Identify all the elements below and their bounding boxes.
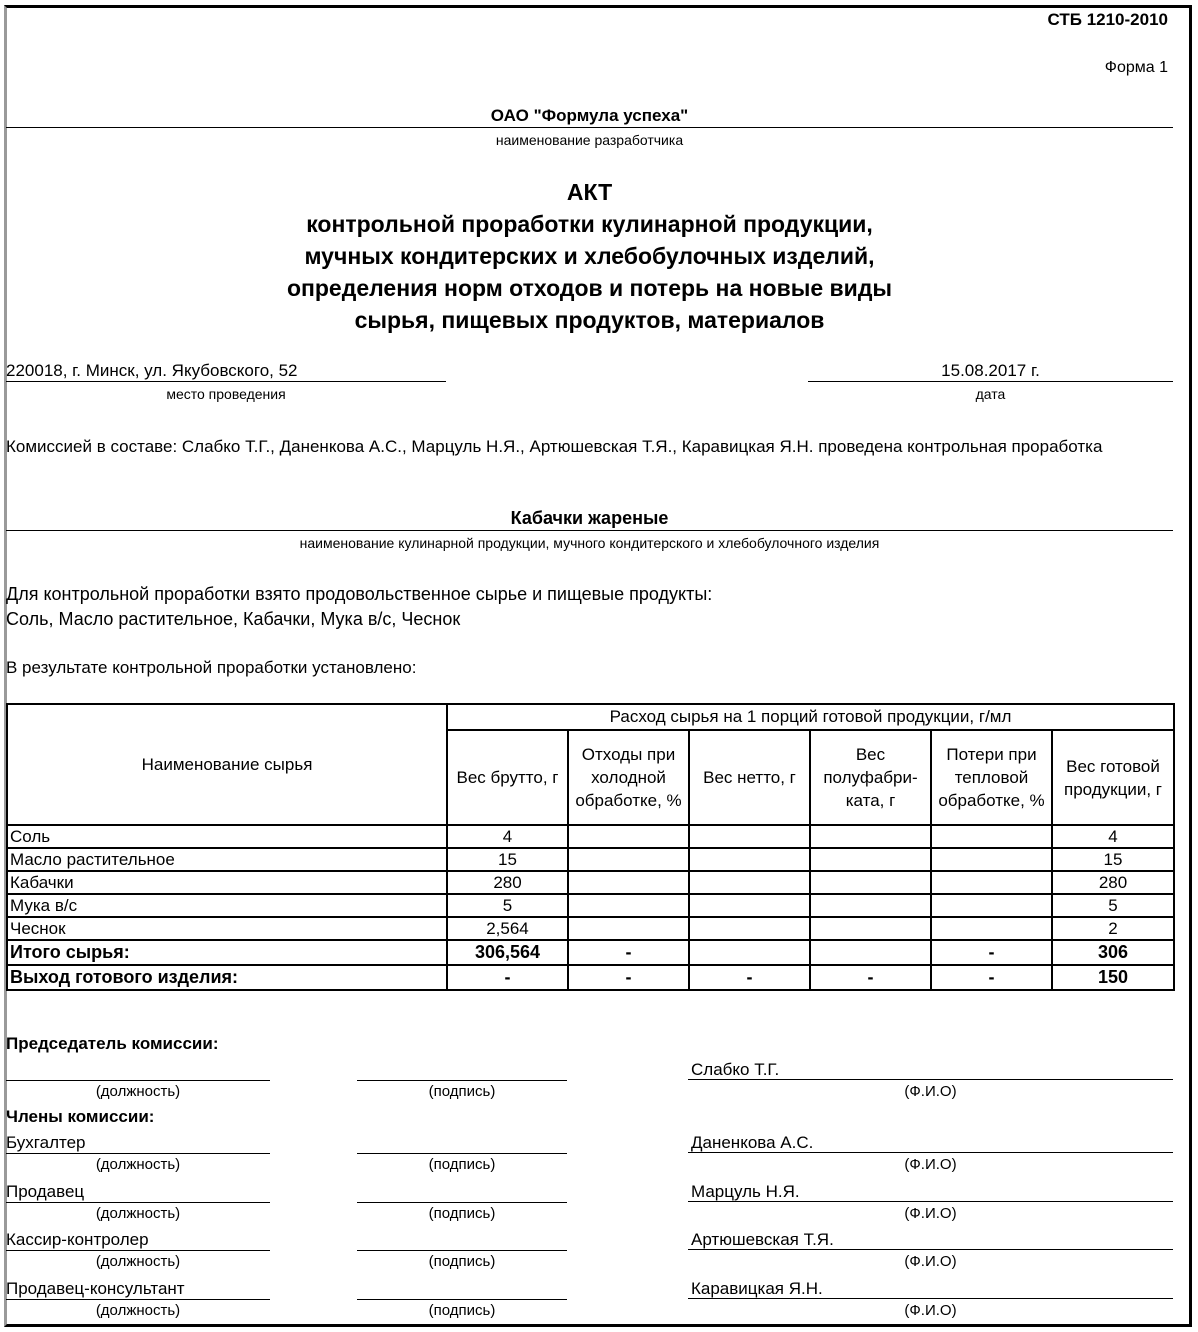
position-field: Продавец [6,1182,270,1203]
table-row: Выход готового изделия:-----150 [7,965,1174,990]
table-cell [689,917,810,940]
document-title: АКТ контрольной проработки кулинарной пр… [6,176,1173,336]
position-caption: (должность) [6,1083,270,1100]
header-net: Вес нетто, г [689,730,810,825]
fio-field: Каравицкая Я.Н. [688,1279,1173,1299]
ingredient-name: Мука в/с [7,894,447,917]
fio-caption: (Ф.И.О) [688,1083,1173,1100]
table-cell [689,848,810,871]
ingredients-intro: Для контрольной проработки взято продово… [6,584,712,605]
table-cell: 5 [447,894,568,917]
place-value: 220018, г. Минск, ул. Якубовского, 52 [6,361,446,382]
header-group: Расход сырья на 1 порций готовой продукц… [447,704,1174,730]
position-field: Кассир-контролер [6,1230,270,1251]
table-cell [810,917,931,940]
date-value: 15.08.2017 г. [808,361,1173,382]
header-ingredient-name: Наименование сырья [7,704,447,825]
signature-field [357,1060,567,1081]
table-cell: - [810,965,931,990]
table-row: Мука в/с55 [7,894,1174,917]
signature-caption: (подпись) [357,1205,567,1222]
title-line: контрольной проработки кулинарной продук… [6,208,1173,240]
fio-field: Артюшевская Т.Я. [688,1230,1173,1250]
ingredient-name: Кабачки [7,871,447,894]
place-caption: место проведения [6,386,446,402]
signature-field [357,1279,567,1300]
table-cell [568,894,689,917]
signature-field [357,1182,567,1203]
table-cell [689,871,810,894]
table-cell: 280 [447,871,568,894]
fio-caption: (Ф.И.О) [688,1302,1173,1319]
ingredient-name: Чеснок [7,917,447,940]
header-semi: Вес полуфабри-ката, г [810,730,931,825]
table-cell [810,940,931,965]
table-row: Чеснок2,5642 [7,917,1174,940]
ingredients-table: Наименование сырья Расход сырья на 1 пор… [6,703,1175,991]
table-row: Кабачки280280 [7,871,1174,894]
ingredients-list: Соль, Масло растительное, Кабачки, Мука … [6,609,460,630]
table-cell: - [689,965,810,990]
header-cold-waste: Отходы при холодной обработке, % [568,730,689,825]
table-cell [568,825,689,848]
title-line: сырья, пищевых продуктов, материалов [6,304,1173,336]
date-caption: дата [808,386,1173,402]
table-cell [931,894,1052,917]
table-cell [689,825,810,848]
table-cell: - [931,965,1052,990]
table-cell [810,848,931,871]
developer-name: ОАО "Формула успеха" [6,106,1173,128]
developer-caption: наименование разработчика [6,132,1173,148]
form-number: Форма 1 [1105,59,1168,77]
title-line: определения норм отходов и потерь на нов… [6,272,1173,304]
result-intro: В результате контрольной проработки уста… [6,658,416,678]
table-cell [689,940,810,965]
fio-caption: (Ф.И.О) [688,1156,1173,1173]
table-cell: - [931,940,1052,965]
table-cell: 15 [1052,848,1174,871]
fio-caption: (Ф.И.О) [688,1253,1173,1270]
signature-caption: (подпись) [357,1302,567,1319]
header-gross: Вес брутто, г [447,730,568,825]
table-cell: 5 [1052,894,1174,917]
table-cell [931,871,1052,894]
table-cell [931,848,1052,871]
signature-caption: (подпись) [357,1083,567,1100]
position-field: Бухгалтер [6,1133,270,1154]
table-cell [931,917,1052,940]
table-cell: 4 [1052,825,1174,848]
fio-caption: (Ф.И.О) [688,1205,1173,1222]
dish-caption: наименование кулинарной продукции, мучно… [6,535,1173,551]
table-cell: 2 [1052,917,1174,940]
members-header: Члены комиссии: [6,1107,154,1127]
dish-name: Кабачки жареные [6,508,1173,531]
table-cell [568,917,689,940]
table-cell [931,825,1052,848]
signature-field [357,1133,567,1154]
table-cell [810,825,931,848]
signature-caption: (подпись) [357,1253,567,1270]
fio-field: Марцуль Н.Я. [688,1182,1173,1202]
ingredient-name: Итого сырья: [7,940,447,965]
position-caption: (должность) [6,1253,270,1270]
table-cell [810,871,931,894]
title-line: АКТ [6,176,1173,208]
title-line: мучных кондитерских и хлебобулочных изде… [6,240,1173,272]
header-heat-loss: Потери при тепловой обработке, % [931,730,1052,825]
position-field: Продавец-консультант [6,1279,270,1300]
table-cell [568,848,689,871]
commission-text: Комиссией в составе: Слабко Т.Г., Даненк… [6,435,1166,458]
table-row: Масло растительное1515 [7,848,1174,871]
fio-field: Слабко Т.Г. [688,1060,1173,1080]
table-cell: 306,564 [447,940,568,965]
table-cell: 4 [447,825,568,848]
position-caption: (должность) [6,1205,270,1222]
signature-field [357,1230,567,1251]
table-cell [810,894,931,917]
table-cell: - [447,965,568,990]
table-cell: - [568,965,689,990]
signature-caption: (подпись) [357,1156,567,1173]
ingredient-name: Соль [7,825,447,848]
ingredient-name: Масло растительное [7,848,447,871]
table-cell: - [568,940,689,965]
table-cell: 15 [447,848,568,871]
table-cell: 150 [1052,965,1174,990]
position-caption: (должность) [6,1156,270,1173]
table-cell [568,871,689,894]
table-cell [689,894,810,917]
fio-field: Даненкова А.С. [688,1133,1173,1153]
header-finished: Вес готовой продукции, г [1052,730,1174,825]
table-cell: 280 [1052,871,1174,894]
table-row: Итого сырья:306,564--306 [7,940,1174,965]
table-row: Соль44 [7,825,1174,848]
position-field [6,1060,270,1081]
chair-header: Председатель комиссии: [6,1034,218,1054]
ingredient-name: Выход готового изделия: [7,965,447,990]
table-cell: 306 [1052,940,1174,965]
table-cell: 2,564 [447,917,568,940]
position-caption: (должность) [6,1302,270,1319]
standard-code: СТБ 1210-2010 [1048,10,1168,30]
